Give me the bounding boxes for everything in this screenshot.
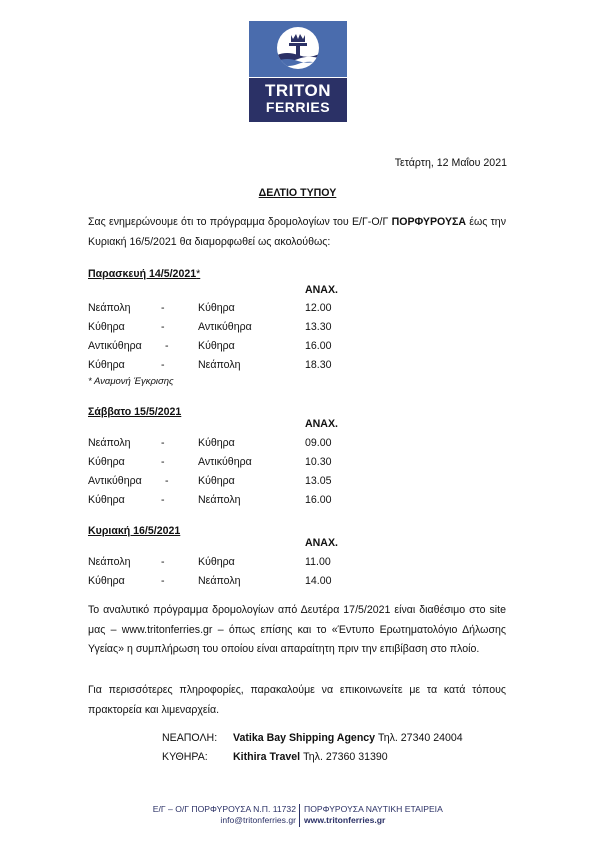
departure-column-header: ΑΝΑΧ.: [305, 537, 338, 549]
row-time: 13.05: [305, 475, 332, 487]
row-from: Νεάπολη: [88, 556, 131, 568]
contact-info-paragraph: Για περισσότερες πληροφορίες, παρακαλούμ…: [88, 681, 506, 720]
footer-right: ΠΟΡΦΥΡΟΥΣΑ ΝΑΥΤΙΚΗ ΕΤΑΙΡΕΙΑ www.tritonfe…: [304, 804, 443, 826]
approval-asterisk: *: [196, 268, 200, 280]
document-title: ΔΕΛΤΙΟ ΤΥΠΟΥ: [0, 187, 595, 199]
row-dash: -: [161, 437, 165, 449]
row-to: Κύθηρα: [198, 475, 235, 487]
departure-column-header: ΑΝΑΧ.: [305, 284, 338, 296]
triton-ferries-logo: TRITON FERRIES: [249, 21, 347, 122]
schedule-row: Αντικύθηρα-Κύθηρα13.05: [88, 475, 388, 491]
intro-paragraph: Σας ενημερώνουμε ότι το πρόγραμμα δρομολ…: [88, 213, 506, 252]
day-heading-sunday: Κυριακή 16/5/2021: [88, 525, 180, 537]
row-time: 16.00: [305, 494, 332, 506]
logo-emblem-background: [249, 21, 347, 77]
row-to: Κύθηρα: [198, 437, 235, 449]
schedule-row: Κύθηρα-Νεάπολη18.30: [88, 359, 388, 375]
agency-name: Vatika Bay Shipping Agency: [233, 732, 375, 744]
footer-divider: [299, 804, 300, 827]
row-dash: -: [161, 359, 165, 371]
schedule-row: Κύθηρα-Αντικύθηρα13.30: [88, 321, 388, 337]
row-to: Νεάπολη: [198, 494, 241, 506]
day-heading-friday: Παρασκευή 14/5/2021*: [88, 268, 200, 280]
intro-text: Σας ενημερώνουμε ότι το πρόγραμμα δρομολ…: [88, 216, 392, 228]
row-time: 13.30: [305, 321, 332, 333]
row-dash: -: [161, 456, 165, 468]
row-from: Νεάπολη: [88, 302, 131, 314]
row-from: Κύθηρα: [88, 456, 125, 468]
row-dash: -: [165, 475, 169, 487]
row-from: Κύθηρα: [88, 321, 125, 333]
contact-neapoli: ΝΕΑΠΟΛΗ:Vatika Bay Shipping Agency Τηλ. …: [162, 732, 463, 744]
day-label: Παρασκευή 14/5/2021: [88, 268, 196, 280]
footer-email[interactable]: info@tritonferries.gr: [153, 815, 296, 826]
row-time: 18.30: [305, 359, 332, 371]
row-to: Κύθηρα: [198, 340, 235, 352]
row-time: 16.00: [305, 340, 332, 352]
schedule-row: Νεάπολη-Κύθηρα11.00: [88, 556, 388, 572]
agency-phone: Τηλ. 27360 31390: [300, 751, 388, 763]
schedule-row: Κύθηρα-Αντικύθηρα10.30: [88, 456, 388, 472]
day-heading-saturday: Σάββατο 15/5/2021: [88, 406, 181, 418]
row-time: 11.00: [305, 556, 331, 568]
row-from: Κύθηρα: [88, 359, 125, 371]
row-time: 09.00: [305, 437, 332, 449]
row-from: Νεάπολη: [88, 437, 131, 449]
row-dash: -: [161, 494, 165, 506]
row-from: Αντικύθηρα: [88, 475, 142, 487]
footer-vessel-registry: Ε/Γ – Ο/Γ ΠΟΡΦΥΡΟΥΣΑ Ν.Π. 11732: [153, 804, 296, 815]
row-to: Κύθηρα: [198, 556, 235, 568]
agency-name: Kithira Travel: [233, 751, 300, 763]
row-dash: -: [165, 340, 169, 352]
footer-left: Ε/Γ – Ο/Γ ΠΟΡΦΥΡΟΥΣΑ Ν.Π. 11732 info@tri…: [153, 804, 296, 826]
schedule-row: Νεάπολη-Κύθηρα09.00: [88, 437, 388, 453]
schedule-row: Νεάπολη-Κύθηρα12.00: [88, 302, 388, 318]
footer-company: ΠΟΡΦΥΡΟΥΣΑ ΝΑΥΤΙΚΗ ΕΤΑΙΡΕΙΑ: [304, 804, 443, 815]
approval-note: * Αναμονή Έγκρισης: [88, 376, 174, 387]
row-from: Κύθηρα: [88, 575, 125, 587]
schedule-row: Κύθηρα-Νεάπολη16.00: [88, 494, 388, 510]
row-to: Κύθηρα: [198, 302, 235, 314]
row-dash: -: [161, 575, 165, 587]
logo-wordmark: TRITON FERRIES: [249, 78, 347, 122]
schedule-row: Αντικύθηρα-Κύθηρα16.00: [88, 340, 388, 356]
footer-website[interactable]: www.tritonferries.gr: [304, 815, 443, 826]
row-time: 14.00: [305, 575, 332, 587]
row-to: Αντικύθηρα: [198, 456, 252, 468]
departure-column-header: ΑΝΑΧ.: [305, 418, 338, 430]
row-time: 10.30: [305, 456, 332, 468]
agency-phone: Τηλ. 27340 24004: [375, 732, 463, 744]
logo-line2: FERRIES: [249, 100, 347, 115]
logo-line1: TRITON: [249, 78, 347, 100]
schedule-row: Κύθηρα-Νεάπολη14.00: [88, 575, 388, 591]
row-time: 12.00: [305, 302, 332, 314]
contact-kythira: ΚΥΘΗΡΑ:Kithira Travel Τηλ. 27360 31390: [162, 751, 388, 763]
row-from: Κύθηρα: [88, 494, 125, 506]
row-to: Νεάπολη: [198, 359, 241, 371]
trident-wave-icon: [277, 27, 319, 69]
document-date: Τετάρτη, 12 Μαΐου 2021: [395, 157, 507, 169]
row-dash: -: [161, 556, 165, 568]
schedule-info-paragraph: Το αναλυτικό πρόγραμμα δρομολογίων από Δ…: [88, 601, 506, 660]
contact-label: ΝΕΑΠΟΛΗ:: [162, 732, 233, 744]
ship-name: ΠΟΡΦΥΡΟΥΣΑ: [392, 216, 467, 228]
row-from: Αντικύθηρα: [88, 340, 142, 352]
row-to: Αντικύθηρα: [198, 321, 252, 333]
contact-label: ΚΥΘΗΡΑ:: [162, 751, 233, 763]
row-dash: -: [161, 302, 165, 314]
row-to: Νεάπολη: [198, 575, 241, 587]
row-dash: -: [161, 321, 165, 333]
